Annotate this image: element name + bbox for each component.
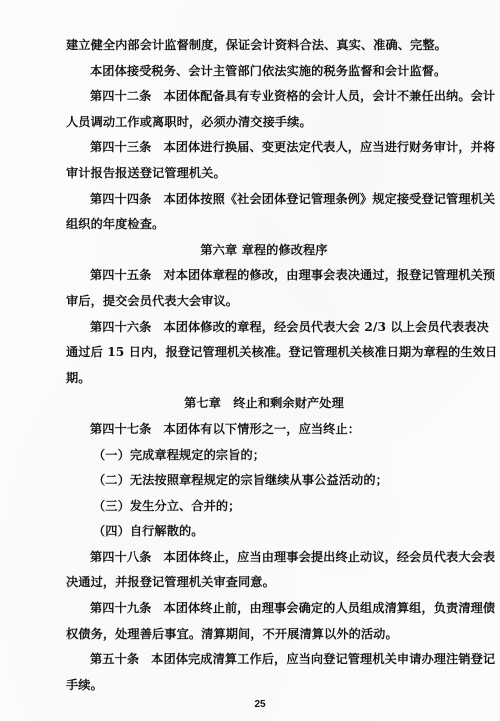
article-48: 第四十八条本团体终止，应当由理事会提出终止动议，经会员代表大会表: [66, 545, 458, 571]
list-item: （二）无法按照章程规定的宗旨继续从事公益活动的；: [66, 468, 458, 494]
text-line: 审计报告报送登记管理机关。: [66, 161, 458, 187]
article-44: 第四十四条本团体按照《社会团体登记管理条例》规定接受登记管理机关: [66, 187, 458, 213]
list-item: （一）完成章程规定的宗旨的；: [66, 443, 458, 469]
text-line: 决通过，并报登记管理机关审查同意。: [66, 570, 458, 596]
article-45: 第四十五条对本团体章程的修改，由理事会表决通过，报登记管理机关预: [66, 263, 458, 289]
article-text: 本团体按照《社会团体登记管理条例》规定接受登记管理机关: [163, 192, 495, 206]
chapter-heading-6: 第六章 章程的修改程序: [66, 238, 458, 264]
document-body: 建立健全内部会计监督制度，保证会计资料合法、真实、准确、完整。 本团体接受税务、…: [66, 33, 458, 698]
article-number: 第五十条: [90, 652, 139, 666]
document-page: 建立健全内部会计监督制度，保证会计资料合法、真实、准确、完整。 本团体接受税务、…: [0, 0, 500, 721]
text-line: 手续。: [66, 673, 458, 699]
article-50: 第五十条本团体完成清算工作后，应当向登记管理机关申请办理注销登记: [66, 647, 458, 673]
article-text: 本团体修改的章程，经会员代表大会 2/3 以上会员代表表决: [163, 320, 488, 334]
article-46: 第四十六条本团体修改的章程，经会员代表大会 2/3 以上会员代表表决: [66, 315, 458, 341]
text-line: 期。: [66, 366, 458, 392]
text-line: 人员调动工作或离职时，必须办清交接手续。: [66, 110, 458, 136]
text-line: 建立健全内部会计监督制度，保证会计资料合法、真实、准确、完整。: [66, 33, 458, 59]
article-number: 第四十七条: [90, 422, 151, 436]
article-number: 第四十八条: [90, 550, 151, 564]
article-number: 第四十四条: [90, 192, 151, 206]
article-number: 第四十六条: [90, 320, 151, 334]
article-text: 本团体有以下情形之一，应当终止：: [163, 422, 360, 436]
article-text: 对本团体章程的修改，由理事会表决通过，报登记管理机关预: [163, 268, 495, 282]
article-number: 第四十九条: [90, 601, 151, 615]
list-item: （三）发生分立、合并的；: [66, 494, 458, 520]
article-text: 本团体终止，应当由理事会提出终止动议，经会员代表大会表: [163, 550, 495, 564]
article-47: 第四十七条本团体有以下情形之一，应当终止：: [66, 417, 458, 443]
text-line: 审后，提交会员代表大会审议。: [66, 289, 458, 315]
paragraph-line: 本团体接受税务、会计主管部门依法实施的税务监督和会计监督。: [66, 59, 458, 85]
list-item: （四）自行解散的。: [66, 519, 458, 545]
article-49: 第四十九条本团体终止前，由理事会确定的人员组成清算组，负责清理债: [66, 596, 458, 622]
article-number: 第四十二条: [90, 89, 151, 103]
chapter-heading-7: 第七章 终止和剩余财产处理: [66, 391, 458, 417]
article-number: 第四十三条: [90, 140, 151, 154]
text-line: 权债务，处理善后事宜。清算期间，不开展清算以外的活动。: [66, 622, 458, 648]
article-42: 第四十二条本团体配备具有专业资格的会计人员，会计不兼任出纳。会计: [66, 84, 458, 110]
article-text: 本团体终止前，由理事会确定的人员组成清算组，负责清理债: [163, 601, 495, 615]
text-line: 通过后 15 日内，报登记管理机关核准。登记管理机关核准日期为章程的生效日: [66, 340, 458, 366]
article-text: 本团体进行换届、变更法定代表人，应当进行财务审计，并将: [163, 140, 495, 154]
article-text: 本团体配备具有专业资格的会计人员，会计不兼任出纳。会计: [163, 89, 495, 103]
article-number: 第四十五条: [90, 268, 151, 282]
article-text: 本团体完成清算工作后，应当向登记管理机关申请办理注销登记: [151, 652, 495, 666]
text-line: 组织的年度检查。: [66, 212, 458, 238]
article-43: 第四十三条本团体进行换届、变更法定代表人，应当进行财务审计，并将: [66, 135, 458, 161]
page-number: 25: [0, 699, 500, 710]
